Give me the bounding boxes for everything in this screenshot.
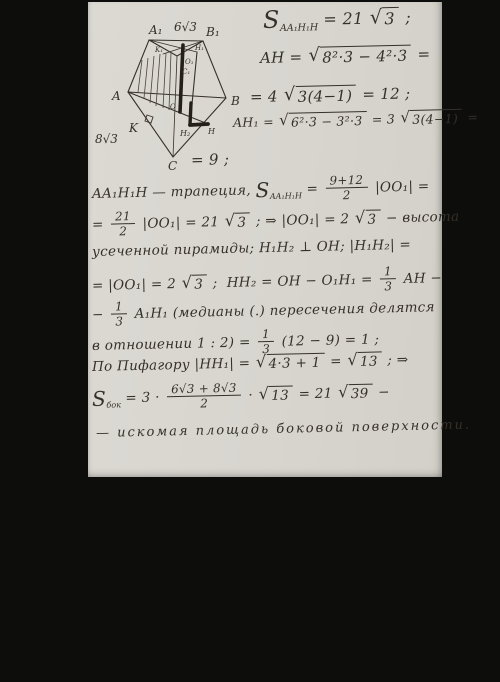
- radicand: 3: [192, 274, 207, 292]
- radical-icon: √: [256, 354, 267, 370]
- radicand: 13: [358, 351, 382, 370]
- radical-icon: √: [370, 8, 383, 27]
- radicand: 6²·3 − 3²·3: [289, 111, 367, 130]
- radical-icon: √: [284, 86, 296, 104]
- sqrt-expression: √3: [225, 212, 251, 231]
- point-label-c1: C₁: [182, 68, 190, 76]
- vertex-label-b: B: [230, 94, 240, 108]
- sqrt-expression: √13: [347, 351, 382, 370]
- math-text: =: [463, 109, 478, 124]
- numerator: 1: [111, 300, 127, 315]
- math-text: =: [302, 181, 323, 197]
- area-symbol-subscript: AA₁H₁H: [280, 22, 319, 34]
- pyramid-frustum-diagram: A₁ 6√3 B₁ A B K 8√3 C H₂ H K₁ H₁ O₁ C₁ O: [92, 8, 264, 176]
- math-text: |OO₁| = 21: [138, 214, 224, 232]
- numerator: 21: [111, 210, 135, 225]
- sqrt-expression: √4·3 + 1: [256, 353, 325, 373]
- math-text: = 21: [294, 385, 338, 402]
- math-text: ; ⇒: [383, 352, 409, 369]
- area-symbol: Sбок: [92, 389, 121, 408]
- math-text: = 4: [250, 87, 283, 106]
- radical-icon: √: [258, 386, 269, 402]
- math-text: =: [92, 217, 109, 233]
- numerator: 1: [258, 328, 274, 343]
- sqrt-expression: √8²·3 − 4²·3: [308, 45, 411, 67]
- math-text: |OO₁| =: [370, 178, 429, 195]
- work-line-9-conclusion: — искомая площадь боковой поверхности.: [96, 417, 471, 441]
- left-edge-length-label: 8√3: [95, 132, 118, 146]
- formula-ah-result: = 4 √3(4−1) = 12 ;: [250, 83, 411, 107]
- math-text: ;: [400, 8, 412, 27]
- vertex-label-k: K: [128, 121, 139, 135]
- vertex-label-b1: B₁: [205, 25, 220, 39]
- math-text: = 3: [367, 111, 399, 127]
- segment-h2h: [190, 124, 208, 125]
- area-symbol-glyph: S: [92, 390, 107, 409]
- math-text: AH −: [399, 270, 442, 287]
- fraction: 13: [111, 300, 127, 328]
- radical-icon: √: [225, 213, 236, 229]
- math-text: AH =: [260, 48, 308, 67]
- formula-ah-sqrt: AH = √8²·3 − 4²·3 =: [260, 44, 431, 68]
- formula-trapezoid-area-given: SAA₁H₁H = 21 √3 ;: [263, 7, 411, 32]
- math-text: в отношении 1 : 2) =: [92, 334, 256, 354]
- radicand: 39: [349, 384, 373, 403]
- radicand: 3(4−1): [295, 85, 356, 106]
- denominator: 3: [380, 280, 396, 294]
- point-label-h: H: [207, 127, 216, 136]
- point-label-k1: K₁: [154, 46, 163, 54]
- fraction: 6√3 + 8√32: [167, 382, 241, 412]
- radical-icon: √: [308, 47, 320, 65]
- denominator: 2: [111, 224, 135, 238]
- denominator: 2: [167, 396, 241, 411]
- fraction: 13: [380, 265, 396, 293]
- sqrt-expression: √3(4−1): [400, 109, 462, 127]
- axis-oo1: [180, 45, 183, 112]
- math-text: −: [373, 384, 390, 400]
- radical-icon: √: [181, 275, 192, 291]
- numerator: 9+12: [325, 174, 367, 189]
- area-symbol-glyph: S: [255, 181, 270, 200]
- math-text: =: [412, 45, 430, 63]
- math-text: A₁H₁ (медианы (.) пересечения делятся: [130, 299, 435, 322]
- radical-icon: √: [347, 352, 358, 368]
- math-text: −: [92, 307, 109, 323]
- math-text: ·: [244, 387, 258, 403]
- face-hatching: [138, 52, 171, 110]
- denominator: 2: [326, 188, 368, 202]
- paper-sheet: A₁ 6√3 B₁ A B K 8√3 C H₂ H K₁ H₁ O₁ C₁ O…: [88, 2, 442, 477]
- area-symbol-glyph: S: [263, 10, 280, 32]
- point-label-o1: O₁: [185, 58, 194, 66]
- point-label-h1: H₁: [194, 44, 204, 52]
- radical-icon: √: [279, 113, 289, 128]
- radical-icon: √: [400, 110, 410, 125]
- math-text: AH₁ =: [233, 114, 279, 130]
- radicand: 3: [365, 209, 380, 227]
- formula-ah1-sqrt: AH₁ = √6²·3 − 3²·3 = 3 √3(4−1) =: [233, 108, 479, 131]
- sqrt-expression: √3: [181, 274, 207, 293]
- math-text: = |OO₁| = 2: [92, 276, 181, 294]
- math-text: (12 − 9) = 1 ;: [277, 331, 380, 349]
- vertex-label-a1: A₁: [148, 23, 162, 37]
- radicand: 13: [269, 385, 293, 404]
- work-line-2: = 212 |OO₁| = 21 √3 ; ⇒ |OO₁| = 2 √3 − в…: [92, 203, 460, 239]
- fraction: 212: [111, 210, 135, 238]
- sqrt-expression: √3: [355, 209, 381, 228]
- sqrt-expression: √3(4−1): [284, 85, 357, 107]
- math-text: AA₁H₁H — трапеция,: [92, 182, 256, 202]
- work-line-3: усеченной пирамиды; H₁H₂ ⊥ OH; |H₁H₂| =: [92, 237, 411, 260]
- radicand: 8²·3 − 4²·3: [320, 45, 412, 67]
- scan-background: A₁ 6√3 B₁ A B K 8√3 C H₂ H K₁ H₁ O₁ C₁ O…: [0, 0, 500, 682]
- diagram-edges: [128, 40, 226, 157]
- segment-ah: [128, 92, 208, 124]
- radicand: 3: [382, 7, 399, 28]
- math-text: ; ⇒ |OO₁| = 2: [251, 211, 354, 229]
- radicand: 3(4−1): [410, 109, 462, 127]
- radical-icon: √: [338, 384, 349, 400]
- vertex-label-c: C: [168, 159, 177, 173]
- math-text: ; HH₂ = OH − O₁H₁ =: [208, 271, 377, 291]
- sqrt-expression: √39: [338, 384, 373, 403]
- math-text: = 9 ;: [191, 150, 230, 169]
- point-label-h2: H₂: [179, 129, 190, 138]
- edge-ab: [128, 92, 226, 98]
- area-symbol-subscript: AA₁H₁H: [270, 190, 303, 201]
- radical-icon: √: [355, 210, 366, 226]
- math-text: По Пифагору |HH₁| =: [92, 355, 255, 375]
- numerator: 1: [380, 265, 396, 280]
- vertex-label-a: A: [111, 89, 121, 103]
- area-symbol: SAA₁H₁H: [255, 180, 302, 199]
- math-text: =: [325, 353, 346, 369]
- fraction: 9+122: [325, 174, 367, 203]
- sqrt-expression: √6²·3 − 3²·3: [279, 111, 367, 130]
- formula-ah1-result: = 9 ;: [191, 150, 230, 169]
- math-text: — искомая площадь боковой поверхности.: [96, 417, 471, 441]
- math-text: усеченной пирамиды; H₁H₂ ⊥ OH; |H₁H₂| =: [92, 237, 411, 260]
- top-edge-length-label: 6√3: [174, 20, 197, 34]
- segment-h1h2-lower: [190, 103, 191, 125]
- work-line-8: Sбок = 3 · 6√3 + 8√32 · √13 = 21 √39 −: [92, 378, 390, 413]
- work-line-1: AA₁H₁H — трапеция, SAA₁H₁H = 9+122 |OO₁|…: [92, 172, 430, 208]
- math-text: = 21: [318, 9, 369, 29]
- area-symbol: SAA₁H₁H: [263, 9, 319, 32]
- radicand: 4·3 + 1: [266, 353, 324, 372]
- sqrt-expression: √3: [370, 7, 399, 29]
- math-text: − высота: [381, 209, 459, 227]
- math-text: = 12 ;: [357, 84, 411, 103]
- point-label-o: O: [170, 103, 176, 111]
- denominator: 3: [111, 315, 127, 329]
- radicand: 3: [235, 212, 250, 230]
- area-symbol-subscript: бок: [106, 399, 121, 409]
- sqrt-expression: √13: [258, 385, 293, 404]
- math-text: = 3 ·: [121, 389, 165, 406]
